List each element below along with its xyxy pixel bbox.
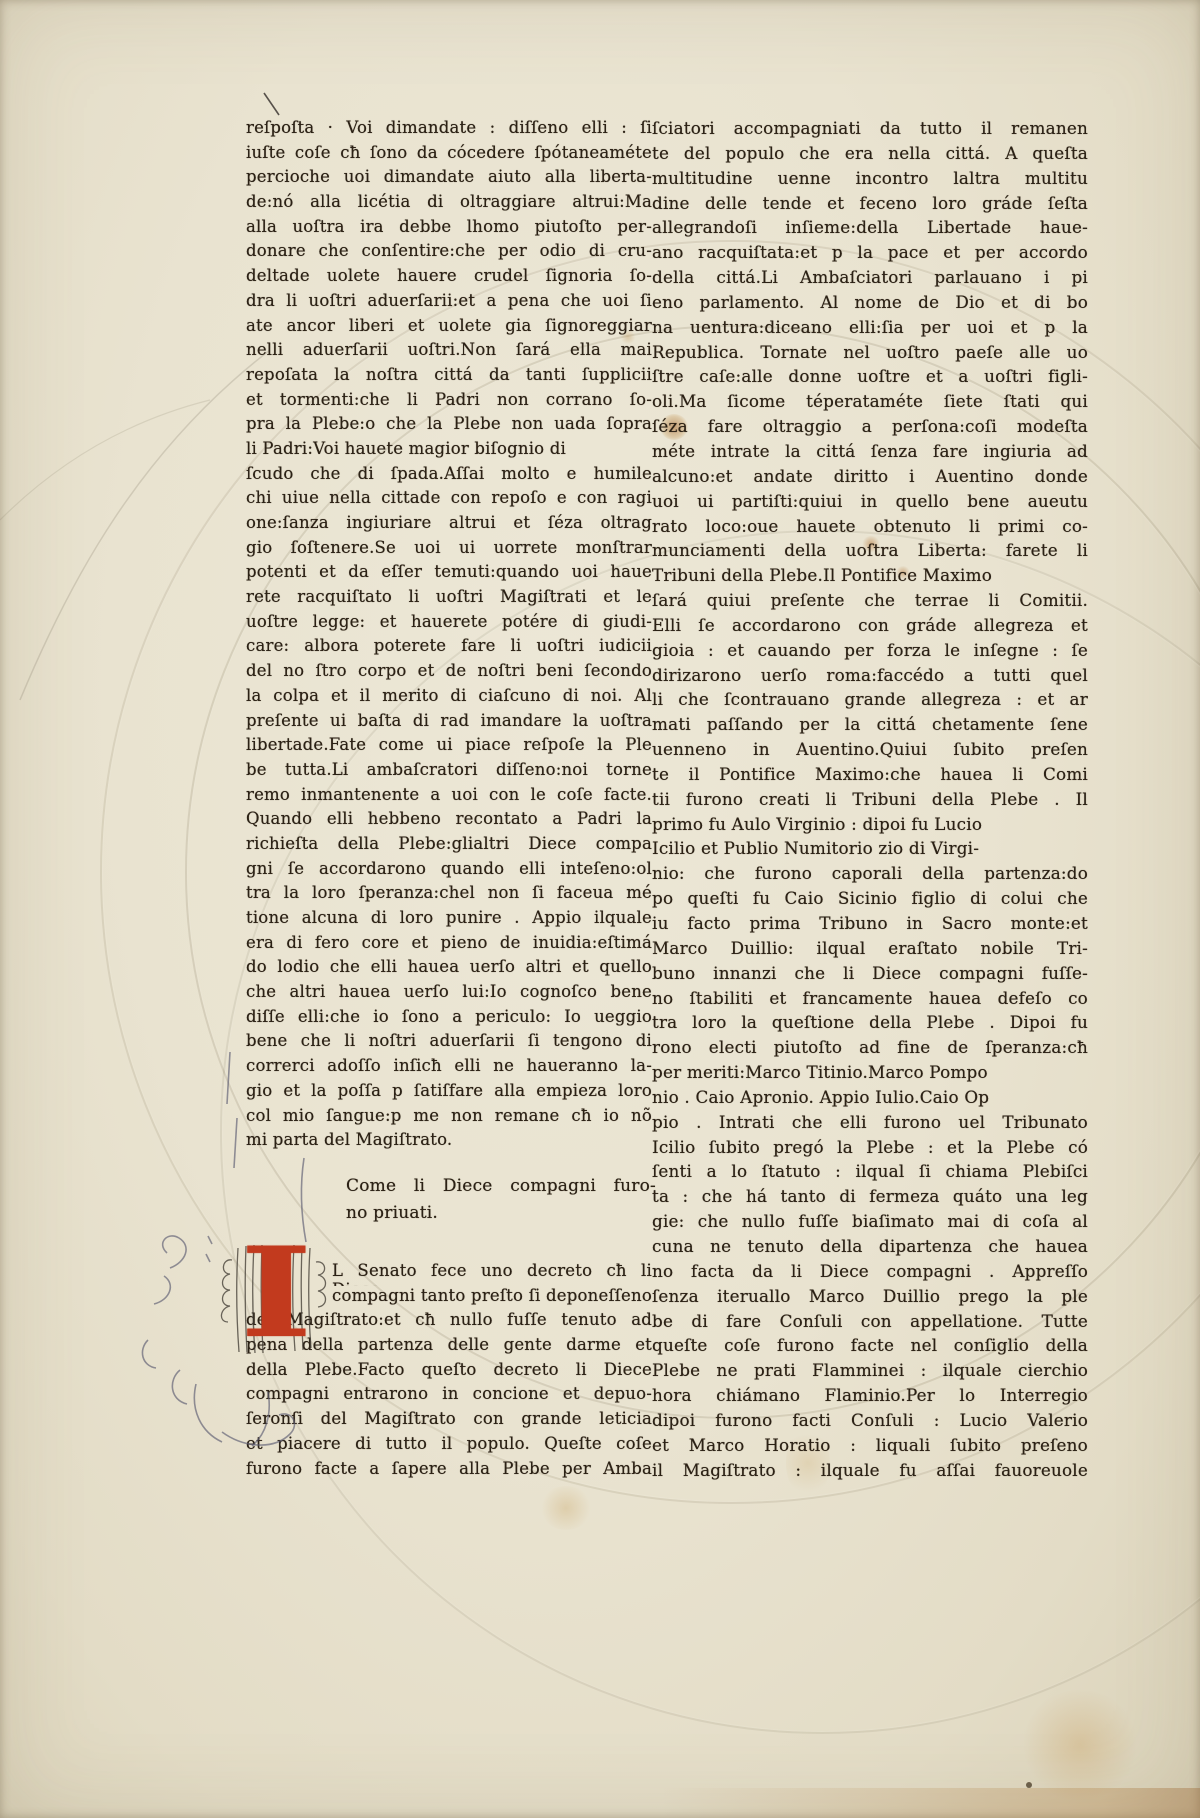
rubricated-initial: I — [240, 1232, 313, 1356]
text-line: del no ſtro corpo et de noſtri beni ſeco… — [246, 661, 652, 686]
text-line: Plebe ne prati Flamminei : ilquale cierc… — [652, 1360, 1088, 1385]
text-line: no priuati. — [346, 1203, 656, 1230]
text-line: iu facto prima Tribuno in Sacro monte:et — [652, 913, 1088, 938]
text-line: et Marco Horatio : liquali ſubito preſen… — [652, 1435, 1088, 1460]
text-line: alcuno:et andate diritto i Auentino dond… — [652, 466, 1088, 491]
text-line: libertade.Fate come ui piace reſpoſe la … — [246, 735, 652, 760]
text-line: deltade uolete hauere crudel ſignoria ſo… — [246, 266, 652, 291]
text-line: multitudine uenne incontro laltra multit… — [652, 168, 1088, 193]
right-column: ſciatori accompagniati da tutto il reman… — [652, 118, 1088, 1484]
text-line: dipoi furono facti Conſuli : Lucio Valer… — [652, 1410, 1088, 1435]
text-line: repoſata la noſtra cittá da tanti ſuppli… — [246, 365, 652, 390]
text-line: Come li Diece compagni furo- — [346, 1176, 656, 1203]
text-line: méte intrate la cittá ſenza fare ingiuri… — [652, 441, 1088, 466]
text-line: che altri hauea uerſo lui:Io cognoſco be… — [246, 982, 652, 1007]
text-line: li Padri:Voi hauete magior biſognio di — [246, 439, 652, 464]
text-line: uoi ui partiſti:quiui in quello bene aue… — [652, 491, 1088, 516]
text-line: tra loro la queſtione della Plebe . Dipo… — [652, 1012, 1088, 1037]
paper-stain — [1026, 1782, 1032, 1788]
text-line: era di fero core et pieno de inuidia:eſt… — [246, 933, 652, 958]
text-line: ſcudo che di ſpada.Aſſai molto e humile — [246, 464, 652, 489]
text-line: nelli aduerſarii uoſtri.Non ſará ella ma… — [246, 340, 652, 365]
text-line: rete racquiſtato li uoſtri Magiſtrati et… — [246, 587, 652, 612]
text-line: mi parta del Magiſtrato. — [246, 1130, 652, 1155]
text-line: no ſtabiliti et francamente hauea defeſo… — [652, 988, 1088, 1013]
text-line: alla uoſtra ira debbe lhomo piutoſto per… — [246, 217, 652, 242]
text-line: buno innanzi che li Diece compagni fuſſe… — [652, 963, 1088, 988]
text-line: ta : che há tanto di fermeza quáto una l… — [652, 1186, 1088, 1211]
text-line: cuna ne tenuto della dipartenza che haue… — [652, 1236, 1088, 1261]
text-line: allegrandoſi inſieme:della Libertade hau… — [652, 217, 1088, 242]
text-line: te il Pontifice Maximo:che hauea li Comi — [652, 764, 1088, 789]
text-line: ſenti a lo ſtatuto : ilqual ſi chiama Pl… — [652, 1161, 1088, 1186]
text-line: tione alcuna di loro punire . Appio ilqu… — [246, 908, 652, 933]
text-line: donare che conſentire:che per odio di cr… — [246, 241, 652, 266]
text-line: dirizarono uerſo roma:faccédo a tutti qu… — [652, 665, 1088, 690]
text-line: rato loco:oue hauete obtenuto li primi c… — [652, 516, 1088, 541]
text-line: po queſti fu Caio Sicinio figlio di colu… — [652, 888, 1088, 913]
text-line: ano racquiſtata:et p la pace et per acco… — [652, 242, 1088, 267]
text-line: mati paſſando per la cittá chetamente ſe… — [652, 714, 1088, 739]
text-line: compagni entrarono in concione et depuo- — [246, 1384, 652, 1409]
text-line: de:nó alla licétia di oltraggiare altrui… — [246, 192, 652, 217]
text-line: be tutta.Li ambaſcratori diſſeno:noi tor… — [246, 760, 652, 785]
text-line: be di fare Conſuli con appellatione. Tut… — [652, 1311, 1088, 1336]
text-line: preſente ui baſta di rad imandare la uoſ… — [246, 711, 652, 736]
text-line: oli.Ma ſicome téperataméte ſiete ſtati q… — [652, 391, 1088, 416]
text-line: rono electi piutoſto ad fine de ſperanza… — [652, 1037, 1088, 1062]
text-line: li che ſcontrauano grande allegreza : et… — [652, 689, 1088, 714]
chapter-heading: Come li Diece compagni furo-no priuati. — [346, 1176, 656, 1230]
text-line: nio . Caio Apronio. Appio Iulio.Caio Op — [652, 1087, 1088, 1112]
text-line: ſará quiui preſente che terrae li Comiti… — [652, 590, 1088, 615]
text-line: ſtre caſe:alle donne uoſtre et a uoſtri … — [652, 366, 1088, 391]
text-line: ſciatori accompagniati da tutto il reman… — [652, 118, 1088, 143]
text-line: furono facte a ſapere alla Plebe per Amb… — [246, 1459, 652, 1484]
text-line: bene che li noſtri aduerſarii ſi tengono… — [246, 1031, 652, 1056]
text-line: uoſtre legge: et hauerete potére di giud… — [246, 612, 652, 637]
text-line: gioia : et cauando per forza le inſegne … — [652, 640, 1088, 665]
text-line: per meriti:Marco Titinio.Marco Pompo — [652, 1062, 1088, 1087]
text-line: te del populo che era nella cittá. A que… — [652, 143, 1088, 168]
text-line: compagni tanto preſto ſi deponeſſeno — [332, 1286, 652, 1311]
incunabulum-page-scan: reſpoſta · Voi dimandate : diſſeno elli … — [0, 0, 1200, 1818]
text-line: gio et la poſſa p ſatiſfare alla empieza… — [246, 1081, 652, 1106]
text-line: Marco Duillio: ilqual eraſtato nobile Tr… — [652, 938, 1088, 963]
bottom-edge-stain — [0, 1788, 1200, 1818]
text-line: Icilio ſubito pregó la Plebe : et la Ple… — [652, 1137, 1088, 1162]
text-line: primo fu Aulo Virginio : dipoi fu Lucio — [652, 814, 1088, 839]
text-line: uenneno in Auentino.Quiui ſubito preſen — [652, 739, 1088, 764]
text-line: Republica. Tornate nel uoſtro paeſe alle… — [652, 342, 1088, 367]
text-line: tra la loro ſperanza:chel non ſi faceua … — [246, 883, 652, 908]
text-line: gio ſoſtenere.Se uoi ui uorrete monſtrar — [246, 538, 652, 563]
text-line: no facta da li Diece compagni . Appreſſo — [652, 1261, 1088, 1286]
text-line: col mio ſangue:p me non remane cħ io nõ — [246, 1106, 652, 1131]
text-line: Elli ſe accordarono con gráde allegreza … — [652, 615, 1088, 640]
text-line: iuſte coſe cħ ſono da cócedere ſpótaneam… — [246, 143, 652, 168]
text-line: gie: che nullo fuſſe biaſimato mai di co… — [652, 1211, 1088, 1236]
text-line: eno parlamento. Al nome de Dio et di bo — [652, 292, 1088, 317]
text-line: Icilio et Publio Numitorio zio di Virgi- — [652, 838, 1088, 863]
text-line: reſpoſta · Voi dimandate : diſſeno elli … — [246, 118, 652, 143]
paper-stain — [540, 1486, 592, 1530]
text-line: tii furono creati li Tribuni della Plebe… — [652, 789, 1088, 814]
text-line: do lodio che elli hauea uerſo altri et q… — [246, 957, 652, 982]
text-line: Tribuni della Plebe.Il Pontifice Maximo — [652, 565, 1088, 590]
text-line: et piacere di tutto il populo. Queſte co… — [246, 1434, 652, 1459]
text-line: L Senato fece uno decreto cħ li Diece — [332, 1261, 652, 1286]
text-line: pra la Plebe:o che la Plebe non uada ſop… — [246, 414, 652, 439]
text-line: della cittá.Li Ambaſciatori parlauano i … — [652, 267, 1088, 292]
text-line: la colpa et il merito di ciaſcuno di noi… — [246, 686, 652, 711]
left-column: reſpoſta · Voi dimandate : diſſeno elli … — [246, 118, 652, 1155]
text-line: queſte coſe furono facte nel conſiglio d… — [652, 1335, 1088, 1360]
paper-stain — [1020, 1690, 1140, 1800]
text-line: il Magiſtrato : ilquale fu aſſai fauoreu… — [652, 1460, 1088, 1485]
text-line: dra li uoſtri aduerſarii:et a pena che u… — [246, 291, 652, 316]
text-line: pio . Intrati che elli furono uel Tribun… — [652, 1112, 1088, 1137]
text-line: nio: che furono caporali della partenza:… — [652, 863, 1088, 888]
text-line: one:ſanza ingiuriare altrui et ſéza oltr… — [246, 513, 652, 538]
text-line: ſenza iteruallo Marco Duillio prego la p… — [652, 1286, 1088, 1311]
text-line: et tormenti:che li Padri non corrano ſo- — [246, 390, 652, 415]
text-line: gni ſe accordarono quando elli inteſeno:… — [246, 859, 652, 884]
text-line: potenti et da eſſer temuti:quando uoi ha… — [246, 562, 652, 587]
text-line: correrci adoſſo inſicħ elli ne haueranno… — [246, 1056, 652, 1081]
text-line: ſeronſi del Magiſtrato con grande letici… — [246, 1409, 652, 1434]
pen-mark — [260, 90, 286, 120]
text-line: na uentura:diceano elli:ſia per uoi et p… — [652, 317, 1088, 342]
text-line: ſéza fare oltraggio a perſona:coſi modeſ… — [652, 416, 1088, 441]
text-line: Quando elli hebbeno recontato a Padri la — [246, 809, 652, 834]
text-line: ate ancor liberi et uolete gia ſignoregg… — [246, 316, 652, 341]
text-line: chi uiue nella cittade con repoſo e con … — [246, 488, 652, 513]
text-line: richieſta della Plebe:glialtri Diece com… — [246, 834, 652, 859]
text-line: care: albora poterete fare li uoſtri iud… — [246, 636, 652, 661]
text-line: hora chiámano Flaminio.Per lo Interregio — [652, 1385, 1088, 1410]
text-line: remo inmantenente a uoi con le coſe fact… — [246, 785, 652, 810]
text-line: diſſe elli:che io ſono a periculo: Io ue… — [246, 1007, 652, 1032]
text-line: dine delle tende et feceno loro gráde ſe… — [652, 193, 1088, 218]
text-line: percioche uoi dimandate aiuto alla liber… — [246, 167, 652, 192]
text-line: munciamenti della uoſtra Liberta: farete… — [652, 540, 1088, 565]
